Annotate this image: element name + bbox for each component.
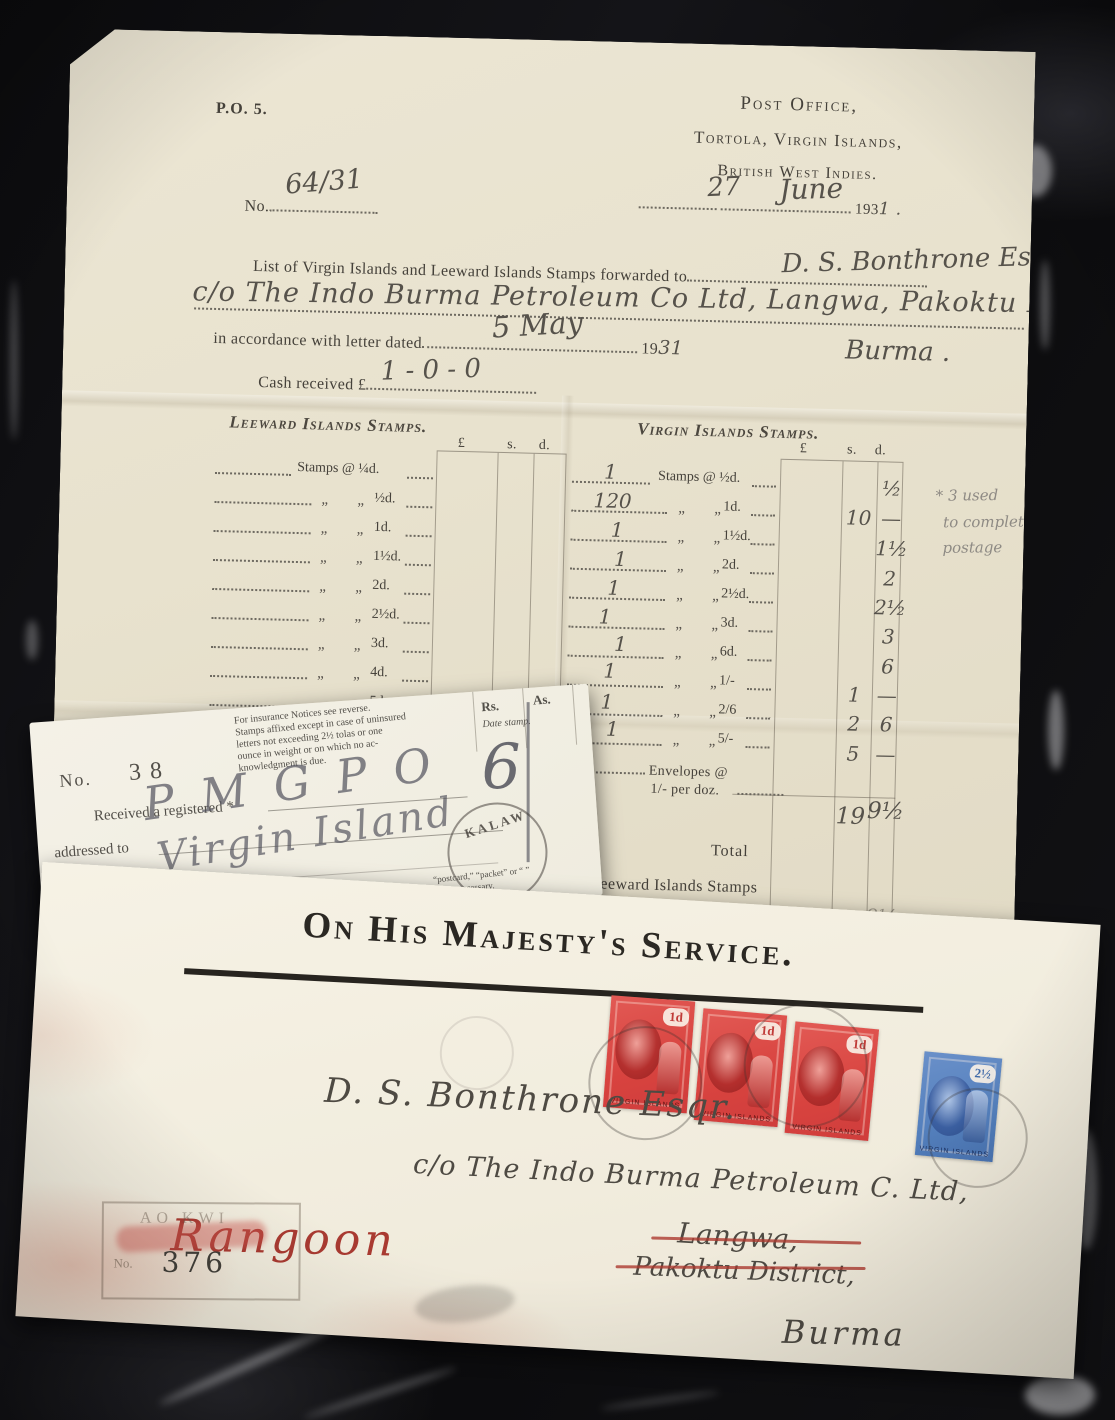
registration-no-label: No.	[113, 1255, 132, 1271]
qty-handwritten: 1	[614, 632, 627, 656]
stamp-value-tablet: 2½	[969, 1064, 997, 1084]
dotted-leader	[403, 637, 429, 654]
receipt-no-label: No.	[59, 769, 93, 792]
money-value-s: 10	[841, 505, 877, 530]
as-header: As.	[532, 691, 551, 708]
ditto-mark: „	[678, 500, 685, 517]
dotted-leader	[402, 666, 428, 683]
table-row: „ „ 4d.	[210, 661, 432, 688]
money-value-d: 2	[874, 566, 905, 591]
money-value-d: 3	[873, 624, 904, 649]
money-value-d: —	[872, 683, 903, 708]
dotted-leader	[568, 612, 664, 630]
dotted-leader	[406, 521, 432, 538]
row-label: 2/6	[718, 702, 736, 718]
form-code: P.O. 5.	[216, 100, 268, 119]
row-label: 1d.	[723, 499, 741, 515]
ditto-mark: „	[713, 530, 720, 547]
row-label: ½d.	[374, 491, 395, 508]
subtotal-pence: 9½	[867, 798, 902, 825]
office-location: Tortola, Virgin Islands,	[628, 126, 968, 154]
cash-value-handwritten: 1 - 0 - 0	[380, 354, 481, 387]
money-value-d: —	[876, 506, 907, 531]
ditto-mark: „	[672, 732, 679, 749]
receipt-amount: 6	[481, 730, 522, 804]
date-month-handwritten: June	[779, 172, 844, 207]
ditto-mark: „	[708, 733, 715, 750]
ditto-mark: „	[677, 529, 684, 546]
envelopes-row-2: 1/- per doz.	[650, 777, 783, 801]
printed-year-2: 19	[641, 340, 658, 357]
table-row: „ „ 2½d.	[211, 603, 433, 630]
cash-label: Cash received £	[258, 374, 367, 394]
ditto-mark: „	[673, 703, 680, 720]
money-value-d: 6	[871, 712, 902, 737]
burma-handwritten: Burma .	[845, 335, 951, 368]
row-label: 3d.	[371, 636, 389, 652]
column-line	[472, 692, 477, 752]
qty-handwritten: 120	[593, 488, 632, 513]
row-label: 2½d.	[721, 586, 749, 603]
dotted-leader	[746, 732, 770, 749]
row-label: Stamps @ ¼d.	[297, 460, 379, 478]
dotted-leader	[215, 458, 291, 476]
money-value-s: 5	[835, 741, 871, 766]
dotted-leader	[214, 516, 311, 534]
table-row: „ „ 2d.	[212, 574, 434, 601]
dotted-leader	[212, 574, 309, 592]
ditto-mark: „	[317, 666, 324, 683]
qty-handwritten: 1	[603, 659, 616, 683]
forwarded-to-handwritten: D. S. Bonthrone Esqr.	[781, 241, 1066, 279]
money-value-d: 6	[872, 654, 903, 679]
form-number-handwritten: 64/31	[284, 164, 364, 201]
pound-sign: £	[458, 436, 466, 451]
qty-handwritten: 1	[604, 460, 617, 484]
money-value-d: 1½	[875, 536, 906, 561]
qty-handwritten: 1	[606, 717, 619, 741]
ditto-mark: „	[318, 637, 325, 654]
date-line: 1931 .	[639, 192, 902, 219]
row-label: 2d.	[722, 557, 740, 573]
table-row: 1 „ „ 1½d.	[570, 525, 780, 552]
right-table-title: Virgin Islands Stamps.	[637, 419, 820, 443]
ditto-mark: „	[321, 521, 328, 538]
dotted-leader	[746, 703, 770, 720]
dotted-leader	[407, 463, 433, 480]
ditto-mark: „	[711, 617, 718, 634]
table-row: 1 „ „ 1/-	[567, 670, 777, 697]
row-label: 1½d.	[373, 549, 401, 566]
qty-handwritten: 1	[611, 518, 624, 542]
ditto-mark: „	[321, 492, 328, 509]
date-day-handwritten: 27	[707, 172, 741, 203]
ditto-mark: „	[710, 675, 717, 692]
row-label: 4d.	[370, 665, 388, 681]
dotted-leader	[211, 632, 308, 650]
envelopes-label-2: 1/- per doz.	[650, 782, 719, 799]
table-row: 1 „ „ 5/-	[565, 728, 775, 755]
addressed-label: addressed to	[54, 840, 130, 862]
total-label: Total	[711, 842, 749, 861]
left-table-title: Leeward Islands Stamps.	[229, 412, 427, 437]
ditto-mark: „	[354, 637, 361, 654]
table-row: 120 „ „ 1d.	[571, 496, 781, 523]
registration-box: AO KWI No. 376	[101, 1201, 301, 1300]
ditto-mark: „	[318, 608, 325, 625]
postmark-town: KALAW	[463, 807, 529, 842]
dotted-leader	[404, 579, 430, 596]
registration-box-faint-text: AO KWI	[140, 1210, 229, 1229]
ditto-mark: „	[713, 559, 720, 576]
ditto-mark: „	[353, 666, 360, 683]
ditto-mark: „	[357, 521, 364, 538]
marble-vein	[1048, 690, 1064, 770]
qty-handwritten: 1	[614, 547, 627, 571]
rs-header: Rs.	[481, 698, 500, 715]
ditto-mark: „	[677, 558, 684, 575]
qty-handwritten: 1	[600, 689, 613, 713]
row-label: 6d.	[720, 644, 738, 660]
dotted-leader	[749, 587, 773, 604]
currency-header-right: £ s. d.	[800, 441, 887, 459]
envelope-address-co: c/o The Indo Burma Petroleum C. Ltd,	[412, 1149, 969, 1208]
pencil-note-2: to complete	[943, 512, 1033, 531]
pound-sign: £	[800, 441, 808, 456]
dotted-leader	[405, 550, 431, 567]
dotted-leader	[737, 779, 783, 796]
letter-year-handwritten: 31	[658, 337, 684, 360]
pence-header: d.	[539, 438, 551, 453]
ditto-mark: „	[675, 616, 682, 633]
qty-handwritten: 1	[598, 604, 611, 628]
ditto-mark: „	[711, 646, 718, 663]
table-row: 1 „ „ 6d.	[568, 641, 778, 668]
row-label: 1d.	[374, 520, 392, 536]
row-label: 1/-	[719, 673, 735, 689]
photo-of-postal-documents: P.O. 5. Post Office, Tortola, Virgin Isl…	[0, 0, 1115, 1420]
dotted-leader	[750, 558, 774, 575]
registration-number: 376	[161, 1246, 227, 1279]
smudged-postmark	[413, 1280, 516, 1327]
ditto-mark: „	[355, 579, 362, 596]
marble-vein	[1040, 260, 1050, 350]
marble-vein	[26, 620, 38, 660]
dotted-leader	[750, 529, 774, 546]
dotted-leader	[214, 487, 311, 505]
column-line	[491, 453, 499, 723]
pencil-note-3: postage	[942, 538, 1002, 557]
money-value-d: 2½	[874, 595, 905, 620]
dotted-leader	[403, 608, 429, 625]
dotted-leader	[212, 603, 309, 621]
ditto-mark: „	[357, 492, 364, 509]
pence-header: d.	[875, 443, 887, 458]
dotted-leader	[213, 545, 310, 563]
column-line	[527, 454, 535, 724]
table-row: „ „ 3d.	[211, 632, 433, 659]
fold-crease	[62, 390, 1027, 430]
dotted-leader	[747, 674, 771, 691]
row-label: 5/-	[718, 731, 734, 747]
ditto-mark: „	[712, 588, 719, 605]
row-label: 1½d.	[722, 528, 750, 545]
ditto-mark: „	[354, 608, 361, 625]
table-row: „ „ 1d.	[213, 516, 435, 543]
marble-vein	[10, 280, 18, 440]
table-row: Stamps @ ¼d.	[215, 458, 437, 485]
ditto-mark: „	[320, 550, 327, 567]
leeward-row-label: Leeward Islands Stamps	[590, 875, 758, 897]
year-handwritten: 1 .	[878, 199, 901, 220]
money-box-left	[430, 450, 567, 724]
money-value-d: —	[870, 742, 901, 767]
money-box-right: ½ 10 — 1½ 2 2½ 3 6 1 — 2 6 5 — 19 9½ 9½	[769, 459, 903, 918]
shillings-header: s.	[507, 437, 517, 452]
dotted-leader	[751, 500, 775, 517]
row-label: Stamps @ ½d.	[658, 469, 740, 487]
subtotal-shillings: 19	[832, 803, 870, 830]
pencil-note-1: * 3 used	[936, 486, 999, 505]
column-line	[572, 685, 577, 745]
letter-dated-label: in accordance with letter dated	[213, 330, 422, 352]
ditto-mark: „	[675, 645, 682, 662]
marble-vein	[1025, 1375, 1095, 1415]
envelope-address-burma: Burma	[781, 1313, 906, 1354]
money-value-d: ½	[877, 476, 908, 501]
dotted-leader	[639, 192, 717, 210]
money-value-s: 1	[837, 682, 873, 707]
marble-vein	[303, 1365, 457, 1420]
ditto-mark: „	[319, 579, 326, 596]
no-label: No.	[244, 198, 269, 216]
qty-handwritten: 1	[607, 576, 620, 600]
ditto-mark: „	[676, 587, 683, 604]
letter-date-handwritten: 5 May	[491, 305, 584, 345]
printed-year: 193	[855, 202, 879, 219]
shillings-header: s.	[847, 442, 857, 457]
ditto-mark: „	[356, 550, 363, 567]
table-row: „ „ ½d.	[214, 487, 436, 514]
row-label: 3d.	[720, 615, 738, 631]
envelope-address-langwa: Langwa,	[677, 1216, 800, 1256]
ditto-mark: „	[714, 501, 721, 518]
row-label: 2d.	[372, 578, 390, 594]
table-row: 1 „ „ 3d.	[568, 612, 778, 639]
row-label: 2½d.	[371, 607, 399, 624]
table-row: 1 „ „ 2d.	[570, 554, 780, 581]
table-row: „ „ 1½d.	[213, 545, 435, 572]
marble-vein	[600, 1390, 720, 1412]
stamp-value-tablet: 1d	[662, 1007, 689, 1027]
office-name: Post Office,	[629, 90, 969, 120]
dotted-leader	[748, 645, 772, 662]
envelope-address-pakoktu: Pakoktu District,	[633, 1252, 855, 1291]
money-value-s: 2	[836, 711, 872, 736]
dotted-leader	[210, 661, 307, 679]
dotted-leader	[748, 616, 772, 633]
dotted-leader	[406, 492, 432, 509]
ditto-mark: „	[709, 704, 716, 721]
dotted-leader	[752, 471, 776, 488]
ditto-mark: „	[674, 674, 681, 691]
ohms-envelope: On His Majesty's Service. 1d VIRGIN ISLA…	[15, 862, 1100, 1379]
